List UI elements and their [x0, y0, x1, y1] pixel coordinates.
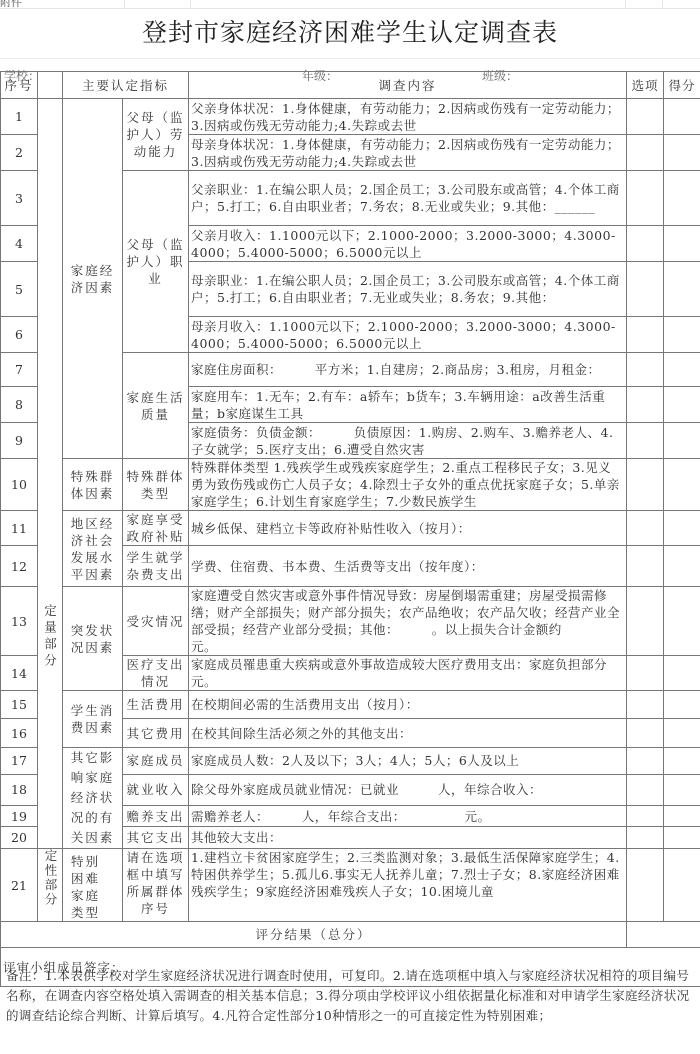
subgroup-other-expense: 其它支出 [123, 827, 189, 849]
row-content: 家庭住房面积： 平方米；1.自建房；2.商品房；3.租房，月租金： [189, 353, 627, 387]
row-number: 9 [1, 423, 38, 459]
group-other: 其它影响家庭经济状况的有关因素 [63, 748, 123, 849]
page-title: 登封市家庭经济困难学生认定调查表 [0, 8, 700, 59]
score-cell[interactable] [664, 423, 700, 459]
row-number: 10 [1, 459, 38, 511]
section-quantitative: 定量部分 [38, 99, 63, 849]
score-cell[interactable] [664, 226, 700, 262]
row-content: 家庭成员人数：2人及以下；3人；4人；5人；6人及以上 [189, 748, 627, 775]
col-content: 调查内容 [189, 72, 627, 99]
row-content: 家庭成员罹患重大疾病或意外事故造成较大医疗费用支出：家庭负担部分 元。 [189, 656, 627, 691]
row-number: 17 [1, 748, 38, 775]
option-cell[interactable] [627, 546, 664, 587]
score-cell[interactable] [664, 353, 700, 387]
row-content: 母亲月收入：1.1000元以下；2.1000-2000；3.2000-3000；… [189, 317, 627, 353]
subgroup-labor: 父母（监护人）劳动能力 [123, 99, 189, 171]
col-score: 得分 [664, 72, 700, 99]
option-cell[interactable] [627, 226, 664, 262]
score-cell[interactable] [664, 827, 700, 849]
row-number: 18 [1, 774, 38, 805]
subgroup-other-cost: 其它费用 [123, 719, 189, 748]
table-header: 序号 主要认定指标 调查内容 选项 得分 [1, 72, 700, 99]
row-content: 需赡养老人： 人，年综合支出： 元。 [189, 805, 627, 827]
row-content: 父亲身体状况：1.身体健康，有劳动能力；2.因病或伤残有一定劳动能力；3.因病或… [189, 99, 627, 135]
table-row: 15 学生消费因素 生活费用 在校期间必需的生活费用支出（按月）： [1, 691, 700, 719]
row-content: 城乡低保、建档立卡等政府补贴性收入（按月）： [189, 511, 627, 546]
row-number: 21 [1, 849, 38, 922]
row-number: 5 [1, 262, 38, 317]
option-cell[interactable] [627, 691, 664, 719]
score-cell[interactable] [664, 849, 700, 922]
row-number: 2 [1, 135, 38, 171]
score-cell[interactable] [664, 546, 700, 587]
row-number: 12 [1, 546, 38, 587]
row-number: 16 [1, 719, 38, 748]
col-option: 选项 [627, 72, 664, 99]
row-number: 13 [1, 587, 38, 656]
row-number: 7 [1, 353, 38, 387]
row-content: 母亲职业：1.在编公职人员；2.国企员工；3.公司股东或高管；4.个体工商户；5… [189, 262, 627, 317]
row-number: 3 [1, 171, 38, 226]
table-row: 13 突发状况因素 受灾情况 家庭遭受自然灾害或意外事件情况导致：房屋倒塌需重建… [1, 587, 700, 656]
row-number: 11 [1, 511, 38, 546]
subgroup-special-type: 特殊群体类型 [123, 459, 189, 511]
row-number: 6 [1, 317, 38, 353]
score-cell[interactable] [664, 171, 700, 226]
subgroup-employment: 就业收入 [123, 774, 189, 805]
score-cell[interactable] [664, 387, 700, 423]
row-content: 学费、住宿费、书本费、生活费等支出（按年度）： [189, 546, 627, 587]
survey-table: 序号 主要认定指标 调查内容 选项 得分 1 定量部分 家庭经济因素 父母（监护… [0, 71, 700, 987]
subgroup-tuition: 学生就学杂费支出 [123, 546, 189, 587]
subgroup-medical: 医疗支出情况 [123, 656, 189, 691]
option-cell[interactable] [627, 135, 664, 171]
group-family-economy: 家庭经济因素 [63, 99, 123, 459]
row-content: 家庭遭受自然灾害或意外事件情况导致：房屋倒塌需重建；房屋受损需修缮；财产全部损失… [189, 587, 627, 656]
score-cell[interactable] [664, 317, 700, 353]
score-cell[interactable] [664, 656, 700, 691]
row-content: 除父母外家庭成员就业情况：已就业 人，年综合收入： [189, 774, 627, 805]
option-cell[interactable] [627, 171, 664, 226]
row-number: 8 [1, 387, 38, 423]
option-cell[interactable] [627, 849, 664, 922]
option-cell[interactable] [627, 805, 664, 827]
group-special-hardship: 特别困难家庭类型 [63, 849, 123, 922]
total-label: 评分结果（总分） [1, 922, 627, 948]
row-number: 4 [1, 226, 38, 262]
col-blank [38, 72, 63, 99]
score-cell[interactable] [664, 774, 700, 805]
score-cell[interactable] [664, 587, 700, 656]
subgroup-living-cost: 生活费用 [123, 691, 189, 719]
row-content: 父亲职业：1.在编公职人员；2.国企员工；3.公司股东或高管；4.个体工商户；5… [189, 171, 627, 226]
row-content: 家庭用车：1.无车；2.有车：a轿车；b货车；3.车辆用途：a改善生活重量；b家… [189, 387, 627, 423]
score-cell[interactable] [664, 719, 700, 748]
row-number: 15 [1, 691, 38, 719]
score-cell[interactable] [664, 805, 700, 827]
group-special: 特殊群体因素 [63, 459, 123, 511]
row-content: 在校期间必需的生活费用支出（按月）： [189, 691, 627, 719]
col-index: 序号 [1, 72, 38, 99]
option-cell[interactable] [627, 587, 664, 656]
table-row: 21 定性部分 特别困难家庭类型 请在选项框中填写所属群体序号 1.建档立卡贫困… [1, 849, 700, 922]
option-cell[interactable] [627, 511, 664, 546]
option-cell[interactable] [627, 423, 664, 459]
group-sudden: 突发状况因素 [63, 587, 123, 691]
col-indicator: 主要认定指标 [63, 72, 189, 99]
row-content: 特殊群体类型 1.残疾学生或残疾家庭学生；2.重点工程移民子女；3.见义勇为致伤… [189, 459, 627, 511]
subgroup-subsidy: 家庭享受政府补贴 [123, 511, 189, 546]
group-consumption: 学生消费因素 [63, 691, 123, 748]
table-row: 17 其它影响家庭经济状况的有关因素 家庭成员 家庭成员人数：2人及以下；3人；… [1, 748, 700, 775]
option-cell[interactable] [627, 387, 664, 423]
score-cell[interactable] [664, 511, 700, 546]
score-cell[interactable] [664, 748, 700, 775]
total-score-cell[interactable] [627, 922, 700, 948]
row-content: 父亲月收入：1.1000元以下；2.1000-2000；3.2000-3000；… [189, 226, 627, 262]
row-number: 14 [1, 656, 38, 691]
option-cell[interactable] [627, 827, 664, 849]
subgroup-living: 家庭生活质量 [123, 353, 189, 459]
subgroup-occupation: 父母（监护人）职业 [123, 171, 189, 353]
table-row: 11 地区经济社会发展水平因素 家庭享受政府补贴 城乡低保、建档立卡等政府补贴性… [1, 511, 700, 546]
subgroup-support: 赡养支出 [123, 805, 189, 827]
option-cell[interactable] [627, 774, 664, 805]
table-row: 1 定量部分 家庭经济因素 父母（监护人）劳动能力 父亲身体状况：1.身体健康，… [1, 99, 700, 135]
row-number: 19 [1, 805, 38, 827]
score-cell[interactable] [664, 262, 700, 317]
row-content: 家庭债务：负债金额： 负债原因：1.购房、2.购车、3.赡养老人、4.子女就学；… [189, 423, 627, 459]
row-number: 20 [1, 827, 38, 849]
option-cell[interactable] [627, 353, 664, 387]
remarks: 备注：1.本表供学校对学生家庭经济状况进行调查时使用，可复印。2.请在选项框中填… [6, 966, 696, 1026]
total-row: 评分结果（总分） [1, 922, 700, 948]
score-cell[interactable] [664, 691, 700, 719]
fill-instruction: 请在选项框中填写所属群体序号 [123, 849, 189, 922]
score-cell[interactable] [664, 459, 700, 511]
score-cell[interactable] [664, 99, 700, 135]
option-cell[interactable] [627, 459, 664, 511]
subgroup-members: 家庭成员 [123, 748, 189, 775]
section-qualitative: 定性部分 [38, 849, 63, 922]
option-cell[interactable] [627, 262, 664, 317]
option-cell[interactable] [627, 99, 664, 135]
row-content: 母亲身体状况：1.身体健康，有劳动能力；2.因病或伤残有一定劳动能力；3.因病或… [189, 135, 627, 171]
option-cell[interactable] [627, 719, 664, 748]
row-number: 1 [1, 99, 38, 135]
row-content: 1.建档立卡贫困家庭学生；2.三类监测对象；3.最低生活保障家庭学生；4.特困供… [189, 849, 627, 922]
option-cell[interactable] [627, 748, 664, 775]
table-row: 10 特殊群体因素 特殊群体类型 特殊群体类型 1.残疾学生或残疾家庭学生；2.… [1, 459, 700, 511]
subgroup-disaster: 受灾情况 [123, 587, 189, 656]
score-cell[interactable] [664, 135, 700, 171]
option-cell[interactable] [627, 317, 664, 353]
row-content: 其他较大支出： [189, 827, 627, 849]
row-content: 在校其间除生活必须之外的其他支出： [189, 719, 627, 748]
group-regional: 地区经济社会发展水平因素 [63, 511, 123, 587]
